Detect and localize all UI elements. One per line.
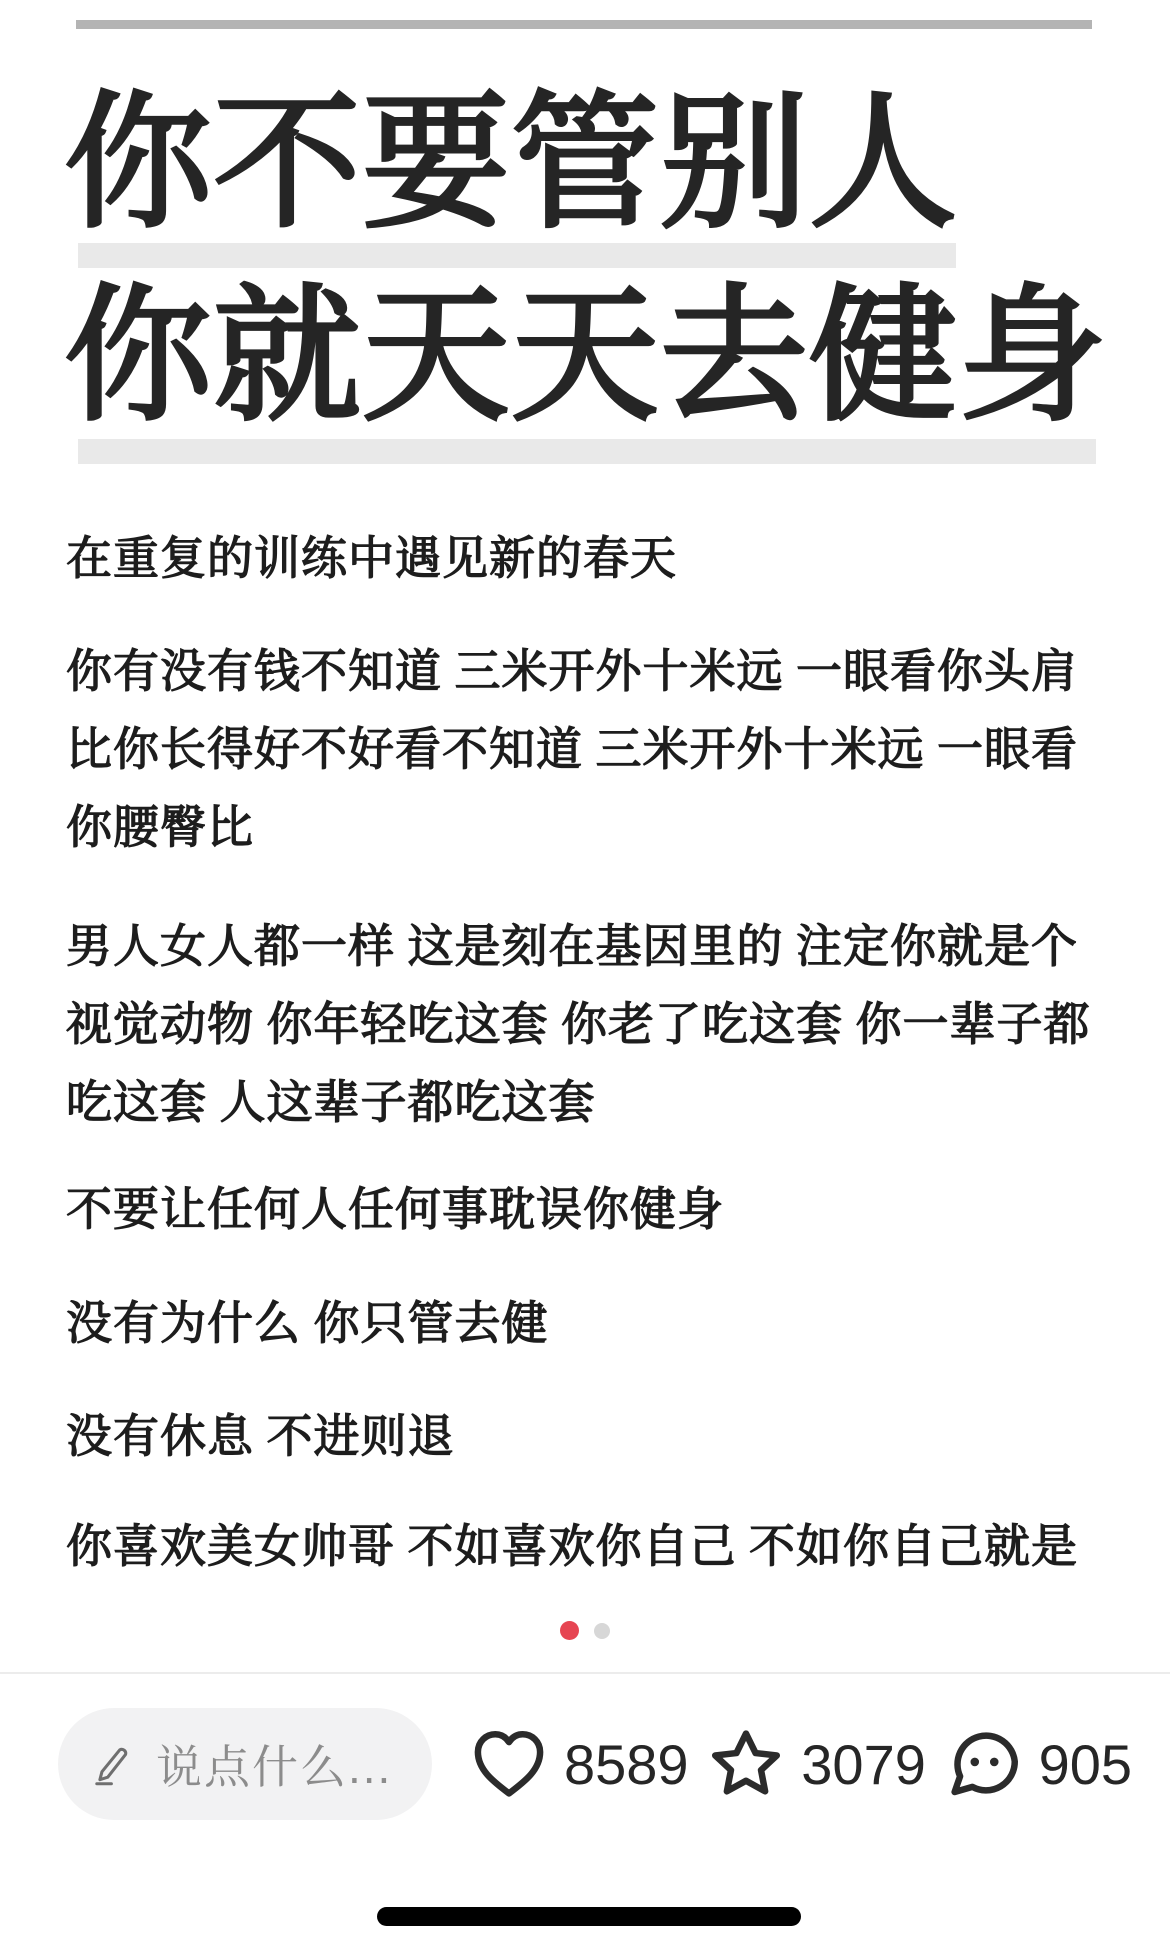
paragraph-line: 在重复的训练中遇见新的春天 <box>66 520 1136 598</box>
post-title-line-1: 你不要管别人 <box>64 85 958 245</box>
heart-icon <box>468 1723 550 1805</box>
action-bar: 8589 3079 905 <box>468 1708 1132 1820</box>
paragraph-line: 不要让任何人任何事耽误你健身 <box>66 1171 1136 1249</box>
post-paragraph: 没有为什么 你只管去健 <box>66 1285 1136 1363</box>
post-paragraph: 你喜欢美女帅哥 不如喜欢你自己 不如你自己就是 <box>66 1508 1136 1586</box>
like-count: 8589 <box>564 1732 689 1797</box>
post-title-line-2: 你就天天去健身 <box>64 278 1107 438</box>
paragraph-line: 你腰臀比 <box>66 789 1136 867</box>
collect-button[interactable]: 3079 <box>705 1723 926 1805</box>
scrolled-title-highlight-fragment <box>76 20 1092 29</box>
paragraph-line: 男人女人都一样 这是刻在基因里的 注定你就是个 <box>66 908 1136 986</box>
comment-count: 905 <box>1039 1732 1132 1797</box>
post-paragraph: 男人女人都一样 这是刻在基因里的 注定你就是个 视觉动物 你年轻吃这套 你老了吃… <box>66 908 1136 1142</box>
paragraph-line: 比你长得好不好看不知道 三米开外十米远 一眼看 <box>66 711 1136 789</box>
paragraph-line: 你喜欢美女帅哥 不如喜欢你自己 不如你自己就是 <box>66 1508 1136 1586</box>
collect-count: 3079 <box>801 1732 926 1797</box>
comment-placeholder: 说点什么... <box>156 1731 392 1797</box>
pagination-dot-active[interactable] <box>560 1621 579 1640</box>
paragraph-line: 视觉动物 你年轻吃这套 你老了吃这套 你一辈子都 <box>66 986 1136 1064</box>
star-icon <box>705 1723 787 1805</box>
post-paragraph: 在重复的训练中遇见新的春天 <box>66 520 1136 598</box>
paragraph-line: 没有为什么 你只管去健 <box>66 1285 1136 1363</box>
like-button[interactable]: 8589 <box>468 1723 689 1805</box>
post-paragraph: 你有没有钱不知道 三米开外十米远 一眼看你头肩 比你长得好不好看不知道 三米开外… <box>66 633 1136 867</box>
pagination-dots <box>0 1621 1170 1640</box>
comment-button[interactable]: 905 <box>943 1723 1132 1805</box>
post-paragraph: 不要让任何人任何事耽误你健身 <box>66 1171 1136 1249</box>
home-indicator[interactable] <box>377 1907 801 1926</box>
pencil-icon <box>88 1741 134 1787</box>
bottom-bar-divider <box>0 1672 1170 1674</box>
title-highlight-bar-2 <box>78 439 1096 464</box>
paragraph-line: 没有休息 不进则退 <box>66 1398 1136 1476</box>
comment-bubble-icon <box>943 1723 1025 1805</box>
comment-input[interactable]: 说点什么... <box>58 1708 432 1820</box>
pagination-dot-inactive[interactable] <box>594 1623 610 1639</box>
paragraph-line: 你有没有钱不知道 三米开外十米远 一眼看你头肩 <box>66 633 1136 711</box>
post-paragraph: 没有休息 不进则退 <box>66 1398 1136 1476</box>
paragraph-line: 吃这套 人这辈子都吃这套 <box>66 1064 1136 1142</box>
post-detail-screen: 你不要管别人 你就天天去健身 在重复的训练中遇见新的春天 你有没有钱不知道 三米… <box>0 0 1170 1942</box>
